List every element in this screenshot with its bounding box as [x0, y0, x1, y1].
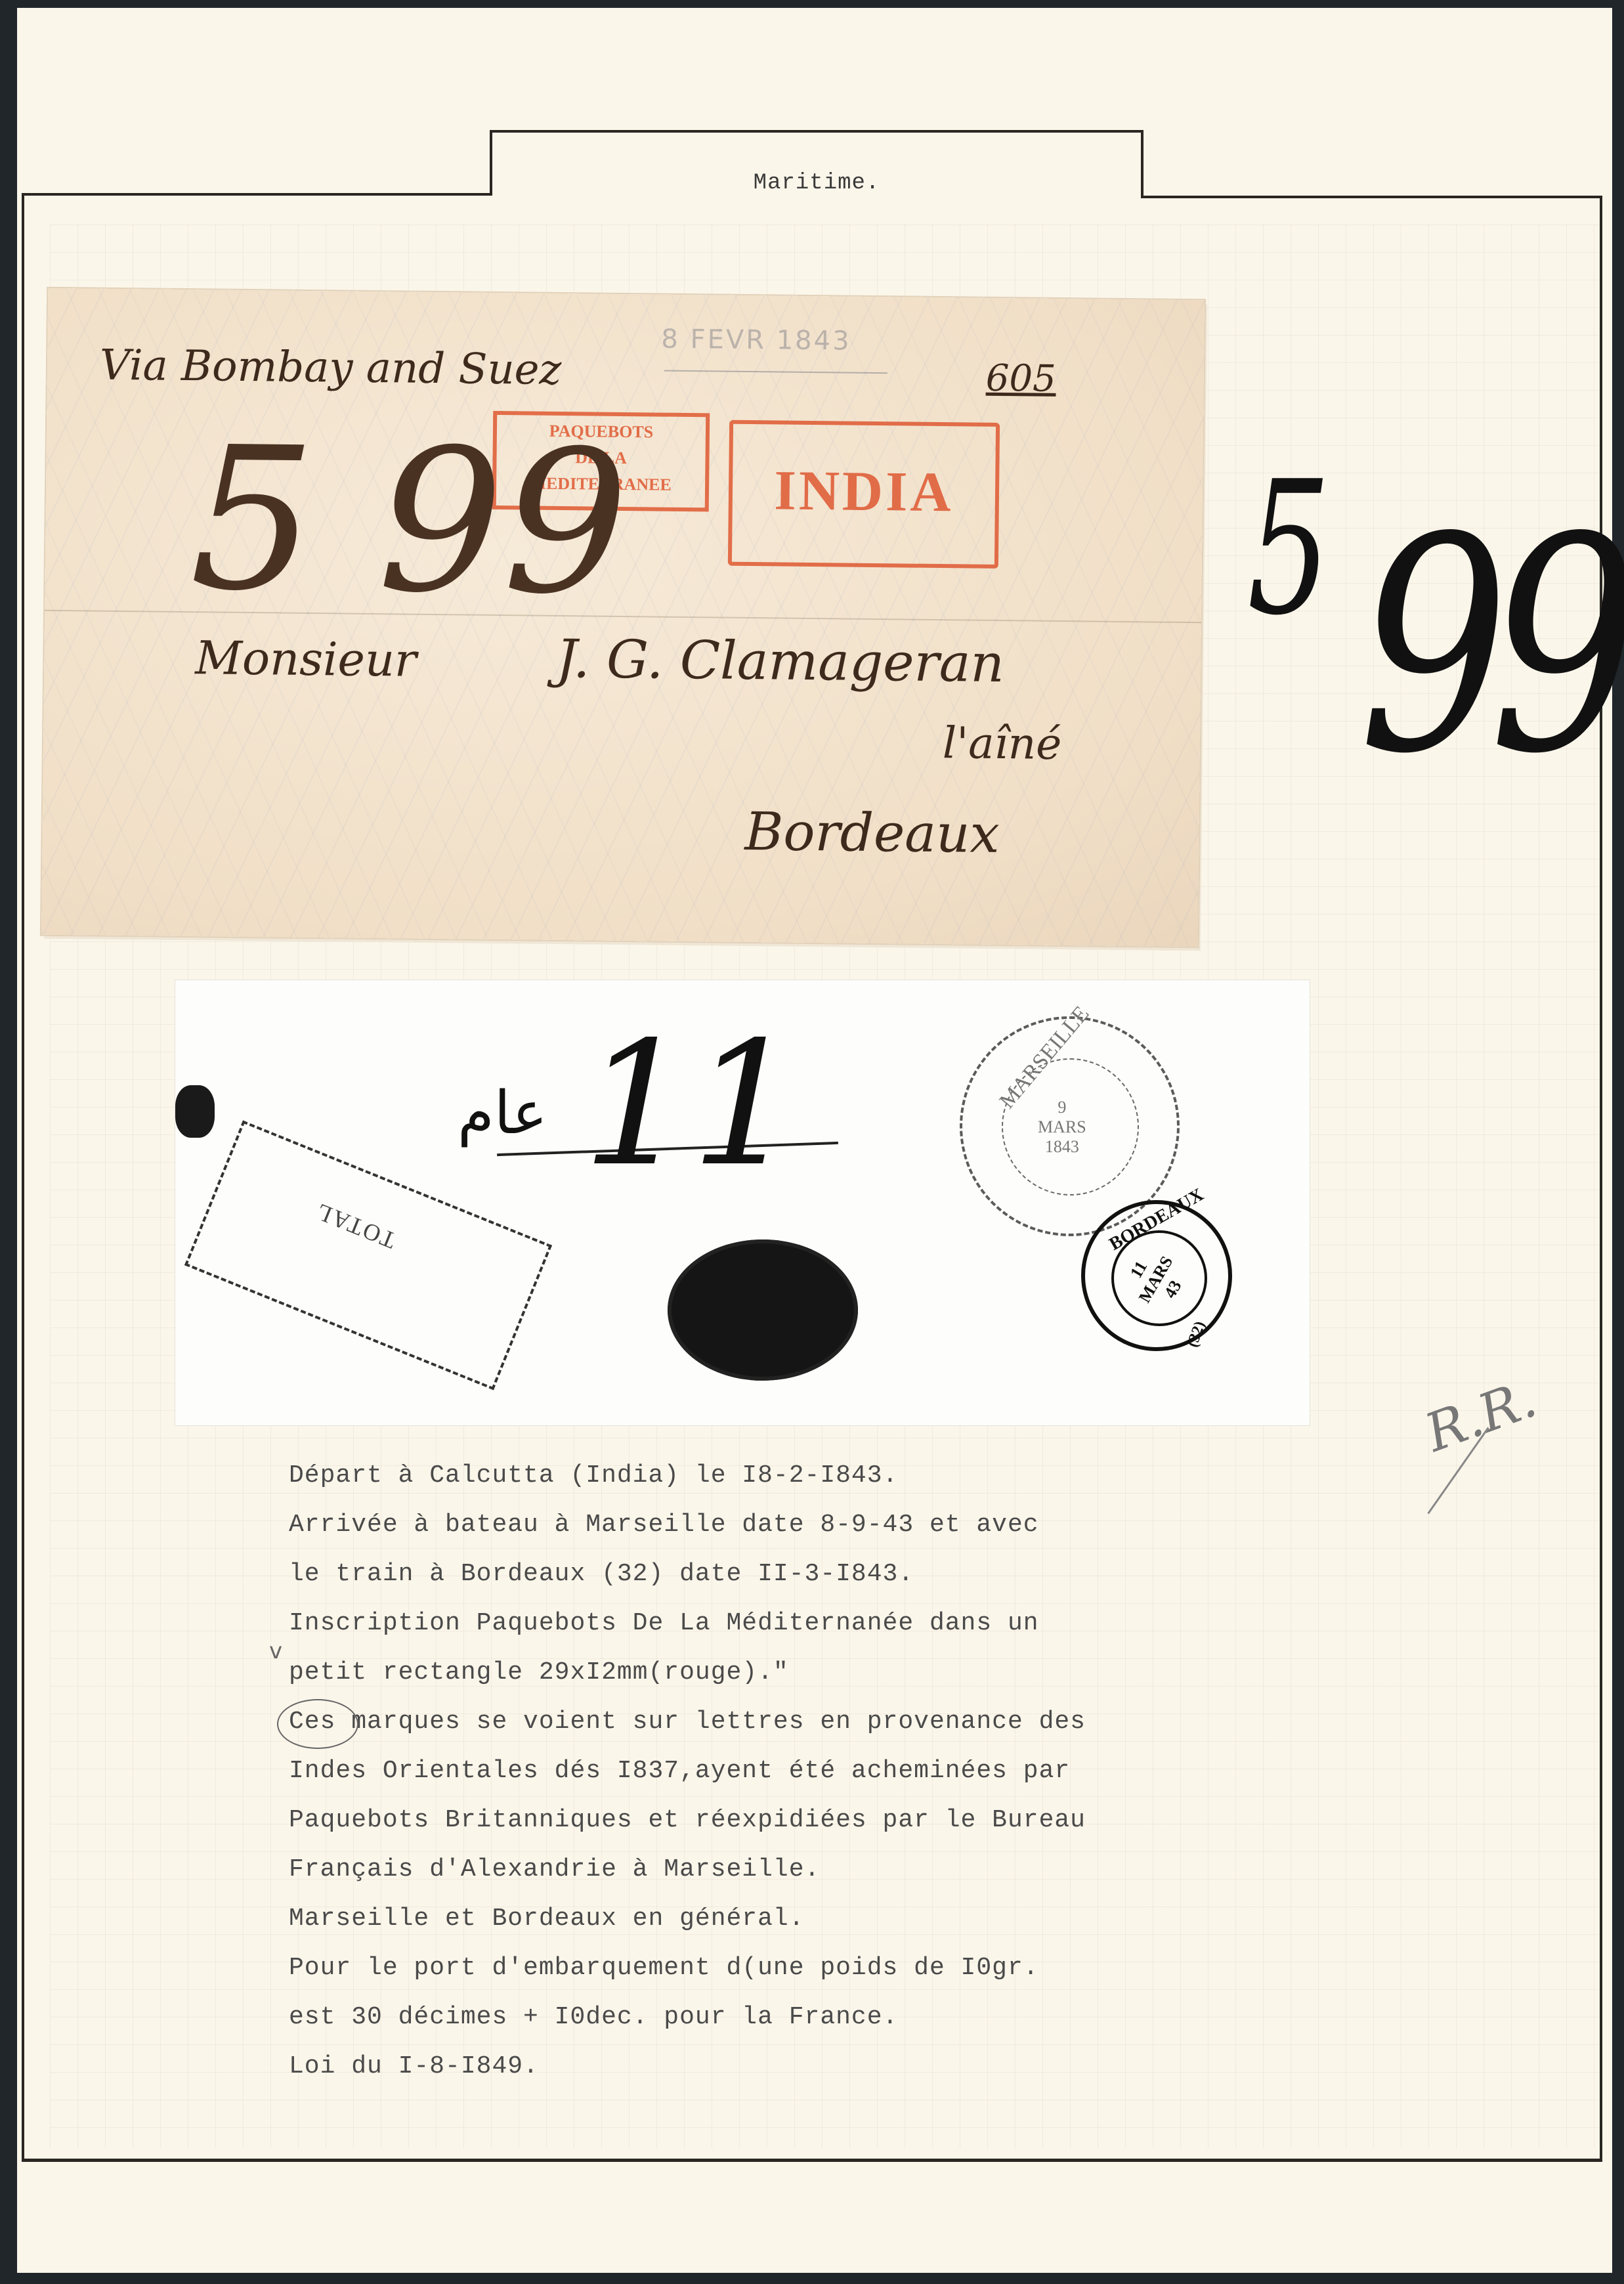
- cover-front: 8 FEVR 1843 Via Bombay and Suez 605 PAQU…: [41, 288, 1205, 947]
- description-line: Loi du I-8-I849.: [289, 2042, 1086, 2091]
- description-block: Départ à Calcutta (India) le I8-2-I843. …: [289, 1451, 1086, 2091]
- route-note: Via Bombay and Suez: [100, 341, 562, 395]
- marseille-year: 1843: [1038, 1137, 1086, 1157]
- tax-digit-five: 5: [1247, 442, 1331, 656]
- description-line: Indes Orientales dés I837,ayent été ache…: [289, 1746, 1086, 1796]
- description-line: est 30 décimes + I0dec. pour la France.: [289, 1993, 1086, 2042]
- address-city: Bordeaux: [744, 801, 1000, 865]
- tax-marking: 5 99: [189, 421, 630, 622]
- description-line: le train à Bordeaux (32) date II-3-I843.: [289, 1549, 1086, 1599]
- marseille-month: MARS: [1038, 1117, 1086, 1137]
- section-title: Maritime.: [490, 171, 1143, 196]
- description-line: Départ à Calcutta (India) le I8-2-I843.: [289, 1451, 1086, 1500]
- pencil-date: 8 FEVR 1843: [661, 324, 851, 356]
- frame-top-right: [1141, 196, 1602, 198]
- description-line: Arrivée à bateau à Marseille date 8-9-43…: [289, 1500, 1086, 1549]
- address-salutation: Monsieur: [195, 631, 417, 687]
- bordeaux-dept: (32): [1184, 1319, 1209, 1350]
- margin-check-mark: v: [269, 1638, 282, 1664]
- india-stamp: INDIA: [728, 420, 1000, 569]
- description-line: Ces marques se voient sur lettres en pro…: [289, 1697, 1086, 1746]
- tax-digits-ninety-nine: 99: [1359, 499, 1620, 794]
- pencil-underline: [664, 370, 887, 374]
- arabic-note: عام: [458, 1079, 547, 1148]
- description-line: Marseille et Bordeaux en général.: [289, 1894, 1086, 1943]
- description-line: Pour le port d'embarquement d(une poids …: [289, 1943, 1086, 1993]
- frame-bottom: [22, 2159, 1602, 2162]
- handwritten-numeral: 11: [582, 1020, 800, 1190]
- description-line: Inscription Paquebots De La Méditernanée…: [289, 1599, 1086, 1648]
- wax-seal: [668, 1239, 858, 1381]
- pencil-circle-annotation: [277, 1699, 358, 1749]
- address-name: J. G. Clamageran: [556, 628, 1005, 694]
- cover-reverse-photo: TOTAL عام 11 MARSEILLE 9 MARS 1843 BORDE…: [175, 980, 1310, 1426]
- description-line: petit rectangle 29xI2mm(rouge).": [289, 1648, 1086, 1697]
- boxed-mark: TOTAL: [184, 1121, 552, 1390]
- marseille-day: 9: [1038, 1098, 1086, 1117]
- bordeaux-postmark: BORDEAUX 11 MARS 43 (32): [1081, 1200, 1232, 1351]
- description-line: Paquebots Britanniques et réexpidiées pa…: [289, 1796, 1086, 1845]
- frame-left: [22, 193, 24, 2161]
- boxed-mark-text: TOTAL: [310, 1197, 400, 1255]
- enlarged-tax-marking: 5 99: [1234, 460, 1575, 893]
- reference-number: 605: [986, 357, 1057, 400]
- address-qualifier: l'aîné: [943, 718, 1062, 769]
- title-box-top: [490, 130, 1143, 133]
- frame-top-left: [22, 193, 492, 196]
- description-line: Français d'Alexandrie à Marseille.: [289, 1845, 1086, 1894]
- marseille-postmark-date: 9 MARS 1843: [1038, 1098, 1086, 1157]
- ink-blot: [175, 1085, 215, 1138]
